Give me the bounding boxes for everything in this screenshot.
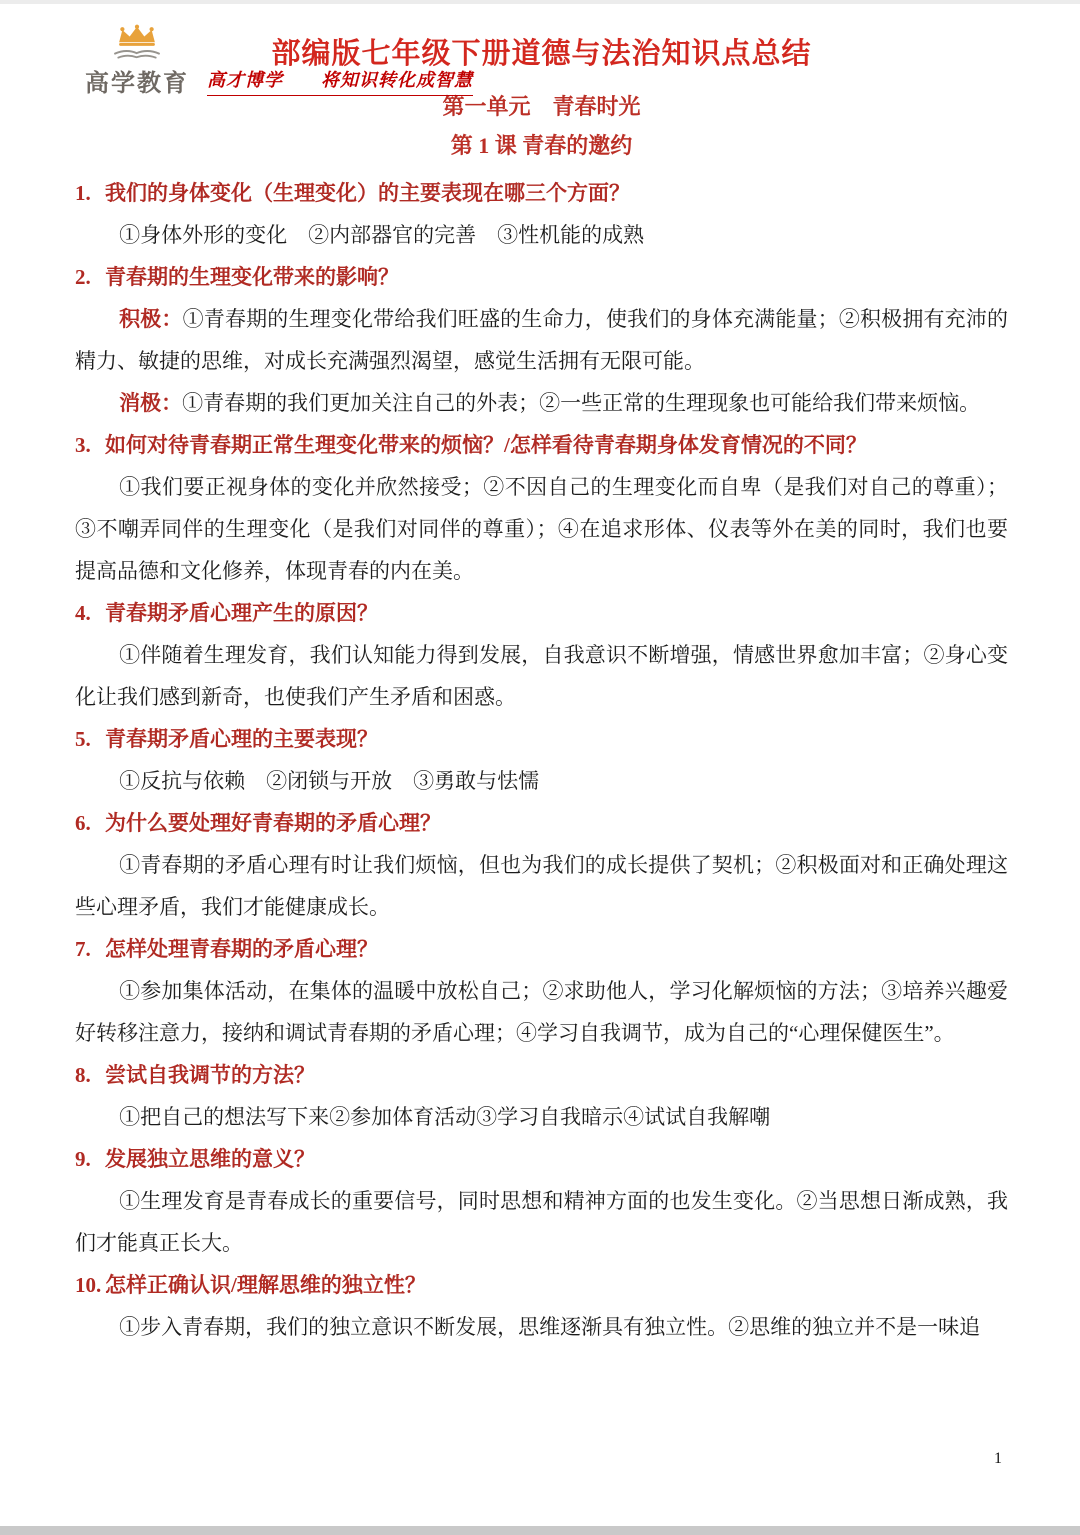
question-number: 9.	[75, 1138, 105, 1180]
question-text: 怎样处理青春期的矛盾心理？	[105, 937, 378, 961]
answer-block: ①把自己的想法写下来②参加体育活动③学习自我暗示④试试自我解嘲	[75, 1096, 1008, 1138]
answer-block: ①伴随着生理发育，我们认知能力得到发展，自我意识不断增强，情感世界愈加丰富；②身…	[75, 634, 1008, 718]
question-heading: 1.我们的身体变化（生理变化）的主要表现在哪三个方面？	[75, 172, 1008, 214]
brand-logo: 高学教育	[85, 24, 189, 98]
qa-item: 4.青春期矛盾心理产生的原因？ ①伴随着生理发育，我们认知能力得到发展，自我意识…	[75, 592, 1008, 718]
question-text: 青春期矛盾心理产生的原因？	[105, 601, 378, 625]
qa-item: 1.我们的身体变化（生理变化）的主要表现在哪三个方面？ ①身体外形的变化 ②内部…	[75, 172, 1008, 256]
question-text: 青春期的生理变化带来的影响？	[105, 265, 399, 289]
question-number: 4.	[75, 592, 105, 634]
question-number: 6.	[75, 802, 105, 844]
viewer-bottom-bar	[0, 1526, 1080, 1535]
question-heading: 2.青春期的生理变化带来的影响？	[75, 256, 1008, 298]
viewer-top-edge	[0, 0, 1080, 4]
question-heading: 5.青春期矛盾心理的主要表现？	[75, 718, 1008, 760]
answer-paragraph: ①把自己的想法写下来②参加体育活动③学习自我暗示④试试自我解嘲	[75, 1096, 1008, 1138]
qa-item: 8.尝试自我调节的方法？ ①把自己的想法写下来②参加体育活动③学习自我暗示④试试…	[75, 1054, 1008, 1138]
document-page: 部编版七年级下册道德与法治知识点总结 第一单元 青春时光 第 1 课 青春的邀约…	[0, 34, 1080, 1348]
answer-paragraph: ①步入青春期，我们的独立意识不断发展，思维逐渐具有独立性。②思维的独立并不是一味…	[75, 1306, 1008, 1348]
qa-list: 1.我们的身体变化（生理变化）的主要表现在哪三个方面？ ①身体外形的变化 ②内部…	[75, 172, 1008, 1348]
answer-paragraph: ①生理发育是青春成长的重要信号，同时思想和精神方面的也发生变化。②当思想日渐成熟…	[75, 1180, 1008, 1264]
brand-name: 高学教育	[85, 63, 189, 98]
answer-block: 积极：①青春期的生理变化带给我们旺盛的生命力，使我们的身体充满能量；②积极拥有充…	[75, 298, 1008, 424]
answer-paragraph: ①青春期的矛盾心理有时让我们烦恼，但也为我们的成长提供了契机；②积极面对和正确处…	[75, 844, 1008, 928]
question-heading: 4.青春期矛盾心理产生的原因？	[75, 592, 1008, 634]
question-heading: 3.如何对待青春期正常生理变化带来的烦恼？/怎样看待青春期身体发育情况的不同？	[75, 424, 1008, 466]
qa-item: 3.如何对待青春期正常生理变化带来的烦恼？/怎样看待青春期身体发育情况的不同？ …	[75, 424, 1008, 592]
question-heading: 9.发展独立思维的意义？	[75, 1138, 1008, 1180]
brand-header: 高学教育 高才博学 将知识转化成智慧	[85, 24, 473, 98]
answer-paragraph: ①我们要正视身体的变化并欣然接受；②不因自己的生理变化而自卑（是我们对自己的尊重…	[75, 466, 1008, 592]
answer-lead-label: 积极：	[119, 307, 183, 331]
lesson-heading: 第 1 课 青春的邀约	[75, 131, 1008, 161]
question-text: 发展独立思维的意义？	[105, 1147, 315, 1171]
answer-block: ①步入青春期，我们的独立意识不断发展，思维逐渐具有独立性。②思维的独立并不是一味…	[75, 1306, 1008, 1348]
question-number: 8.	[75, 1054, 105, 1096]
question-heading: 7.怎样处理青春期的矛盾心理？	[75, 928, 1008, 970]
qa-item: 6.为什么要处理好青春期的矛盾心理？ ①青春期的矛盾心理有时让我们烦恼，但也为我…	[75, 802, 1008, 928]
answer-paragraph: 积极：①青春期的生理变化带给我们旺盛的生命力，使我们的身体充满能量；②积极拥有充…	[75, 298, 1008, 382]
answer-block: ①生理发育是青春成长的重要信号，同时思想和精神方面的也发生变化。②当思想日渐成熟…	[75, 1180, 1008, 1264]
question-text: 青春期矛盾心理的主要表现？	[105, 727, 378, 751]
answer-block: ①我们要正视身体的变化并欣然接受；②不因自己的生理变化而自卑（是我们对自己的尊重…	[75, 466, 1008, 592]
question-number: 5.	[75, 718, 105, 760]
answer-paragraph: 消极：①青春期的我们更加关注自己的外表；②一些正常的生理现象也可能给我们带来烦恼…	[75, 382, 1008, 424]
question-heading: 8.尝试自我调节的方法？	[75, 1054, 1008, 1096]
qa-item: 7.怎样处理青春期的矛盾心理？ ①参加集体活动，在集体的温暖中放松自己；②求助他…	[75, 928, 1008, 1054]
qa-item: 5.青春期矛盾心理的主要表现？ ①反抗与依赖 ②闭锁与开放 ③勇敢与怯懦	[75, 718, 1008, 802]
crown-open-book-logo-icon	[111, 24, 163, 62]
qa-item: 9.发展独立思维的意义？ ①生理发育是青春成长的重要信号，同时思想和精神方面的也…	[75, 1138, 1008, 1264]
question-text: 如何对待青春期正常生理变化带来的烦恼？/怎样看待青春期身体发育情况的不同？	[105, 433, 867, 457]
answer-paragraph: ①参加集体活动，在集体的温暖中放松自己；②求助他人，学习化解烦恼的方法；③培养兴…	[75, 970, 1008, 1054]
question-number: 3.	[75, 424, 105, 466]
question-text: 我们的身体变化（生理变化）的主要表现在哪三个方面？	[105, 181, 630, 205]
question-number: 1.	[75, 172, 105, 214]
qa-item: 10.怎样正确认识/理解思维的独立性？ ①步入青春期，我们的独立意识不断发展，思…	[75, 1264, 1008, 1348]
brand-tagline: 高才博学 将知识转化成智慧	[207, 66, 473, 96]
qa-item: 2.青春期的生理变化带来的影响？ 积极：①青春期的生理变化带给我们旺盛的生命力，…	[75, 256, 1008, 424]
answer-block: ①身体外形的变化 ②内部器官的完善 ③性机能的成熟	[75, 214, 1008, 256]
question-number: 2.	[75, 256, 105, 298]
question-heading: 10.怎样正确认识/理解思维的独立性？	[75, 1264, 1008, 1306]
question-number: 10.	[75, 1264, 105, 1306]
answer-block: ①反抗与依赖 ②闭锁与开放 ③勇敢与怯懦	[75, 760, 1008, 802]
answer-lead-label: 消极：	[119, 391, 182, 415]
answer-paragraph: ①反抗与依赖 ②闭锁与开放 ③勇敢与怯懦	[75, 760, 1008, 802]
question-text: 尝试自我调节的方法？	[105, 1063, 315, 1087]
question-heading: 6.为什么要处理好青春期的矛盾心理？	[75, 802, 1008, 844]
question-number: 7.	[75, 928, 105, 970]
question-text: 为什么要处理好青春期的矛盾心理？	[105, 811, 441, 835]
answer-paragraph: ①身体外形的变化 ②内部器官的完善 ③性机能的成熟	[75, 214, 1008, 256]
page-number: 1	[994, 1450, 1002, 1468]
answer-paragraph: ①伴随着生理发育，我们认知能力得到发展，自我意识不断增强，情感世界愈加丰富；②身…	[75, 634, 1008, 718]
answer-block: ①青春期的矛盾心理有时让我们烦恼，但也为我们的成长提供了契机；②积极面对和正确处…	[75, 844, 1008, 928]
question-text: 怎样正确认识/理解思维的独立性？	[105, 1273, 426, 1297]
answer-block: ①参加集体活动，在集体的温暖中放松自己；②求助他人，学习化解烦恼的方法；③培养兴…	[75, 970, 1008, 1054]
